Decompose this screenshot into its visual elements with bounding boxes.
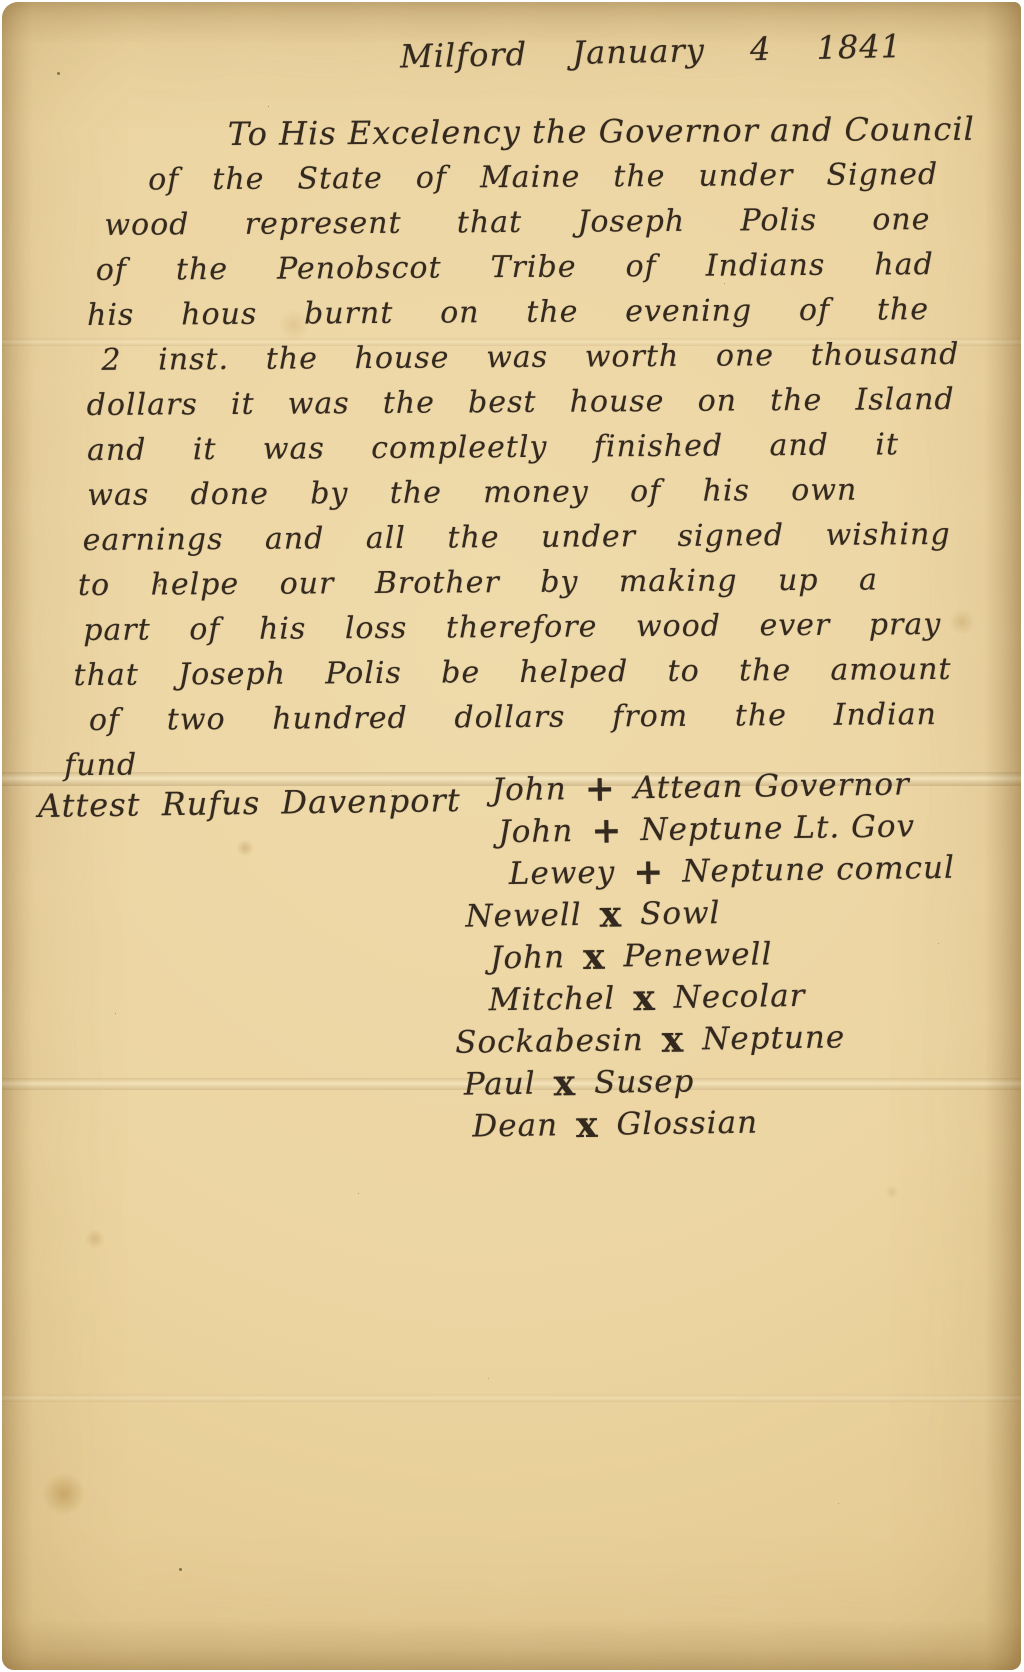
signature-x-mark: + bbox=[591, 809, 623, 851]
signature-x-mark: x bbox=[583, 936, 606, 978]
signature-row: Lewey + Neptune comcul bbox=[509, 845, 956, 893]
letter-line: that Joseph Polis be helped to the amoun… bbox=[73, 647, 951, 698]
signature-given: John bbox=[491, 768, 567, 811]
signature-x-mark: x bbox=[553, 1062, 576, 1104]
signature-block: John + Attean Governor John + Neptune Lt… bbox=[491, 761, 958, 1145]
signature-x-mark: x bbox=[576, 1104, 599, 1146]
signature-surname: Susep bbox=[594, 1060, 695, 1103]
signature-x-mark: x bbox=[633, 977, 656, 1019]
letter-line: his hous burnt on the evening of the bbox=[87, 287, 929, 338]
signature-row: Mitchel x Necolar bbox=[488, 971, 957, 1020]
signature-x-mark: x bbox=[599, 893, 622, 935]
letter-line: of two hundred dollars from the Indian bbox=[89, 692, 937, 743]
signature-row: John + Attean Governor bbox=[491, 761, 954, 809]
fold-crease bbox=[2, 1394, 1021, 1402]
signature-x-mark: + bbox=[584, 768, 616, 810]
signature-given: Sockabesin bbox=[455, 1019, 644, 1064]
signature-given: Paul bbox=[464, 1063, 536, 1106]
signature-row: John x Penewell bbox=[490, 929, 957, 978]
letter-line: To His Excelency the Governor and Counci… bbox=[228, 107, 940, 157]
signature-given: Dean bbox=[472, 1104, 558, 1147]
signature-given: Newell bbox=[465, 894, 582, 938]
letter-paper: Milford January 4 1841 To His Excelency … bbox=[2, 2, 1021, 1670]
signature-row: Dean x Glossian bbox=[472, 1097, 959, 1146]
signature-given: Mitchel bbox=[488, 978, 615, 1022]
letter-line: 2 inst. the house was worth one thousand bbox=[101, 332, 959, 383]
signature-surname: Neptune Lt. Gov bbox=[640, 805, 915, 851]
signature-surname: Neptune bbox=[702, 1016, 846, 1060]
signature-surname: Attean Governor bbox=[634, 763, 911, 809]
paper-speckles bbox=[57, 72, 60, 75]
attest-line: Attest Rufus Davenport bbox=[38, 781, 461, 825]
signature-x-mark: + bbox=[633, 851, 665, 893]
signature-given: John bbox=[498, 810, 574, 853]
letter-line: part of his loss therefore wood ever pra… bbox=[83, 602, 941, 653]
signature-given: Lewey bbox=[509, 852, 616, 895]
signature-row: Newell x Sowl bbox=[465, 887, 956, 936]
signature-given: John bbox=[490, 936, 566, 979]
signature-x-mark: x bbox=[661, 1019, 684, 1061]
signature-surname: Sowl bbox=[640, 892, 721, 935]
signature-surname: Necolar bbox=[673, 975, 805, 1019]
signature-surname: Penewell bbox=[623, 933, 772, 977]
signature-surname: Glossian bbox=[616, 1102, 758, 1146]
letter-line: and it was compleetly finished and it bbox=[87, 422, 899, 473]
scanned-letter-page: Milford January 4 1841 To His Excelency … bbox=[0, 0, 1024, 1672]
letter-line: of the Penobscot Tribe of Indians had bbox=[96, 242, 934, 293]
dateline: Milford January 4 1841 bbox=[400, 26, 931, 75]
letter-line: of the State of Maine the under Signed bbox=[148, 152, 938, 203]
letter-line: wood represent that Joseph Polis one bbox=[104, 197, 930, 248]
letter-line: fund bbox=[64, 741, 364, 788]
signature-surname: Neptune comcul bbox=[682, 847, 955, 893]
signature-row: John + Neptune Lt. Gov bbox=[498, 803, 955, 851]
letter-line: earnings and all the under signed wishin… bbox=[82, 512, 950, 563]
letter-body: To His Excelency the Governor and Counci… bbox=[0, 106, 1024, 788]
letter-line: was done by the money of his own bbox=[87, 468, 857, 518]
signature-row: Sockabesin x Neptune bbox=[455, 1013, 958, 1062]
letter-line: to helpe our Brother by making up a bbox=[78, 557, 878, 608]
letter-line: dollars it was the best house on the Isl… bbox=[87, 377, 955, 428]
